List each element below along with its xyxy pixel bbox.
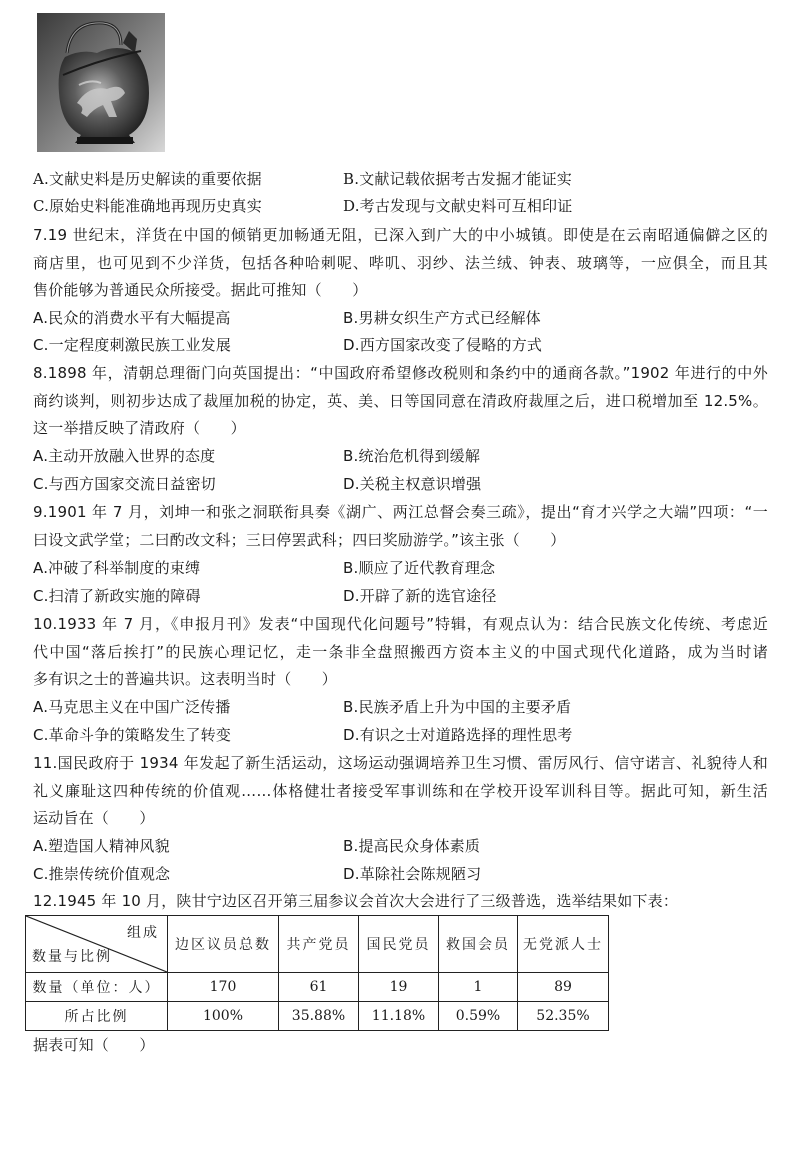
q11-option-a: A.塑造国人精神风貌 [33, 835, 170, 857]
q10-stem-line-1: 10.1933 年 7 月，《申报月刊》发表“中国现代化问题号”特辑，有观点认为… [33, 613, 768, 635]
q11-stem-line-1: 11.国民政府于 1934 年发起了新生活运动，这场运动强调培养卫生习惯、雷厉风… [33, 752, 768, 774]
q9-stem-line-2: 曰设文武学堂；二曰酌改文科；三曰停罢武科；四曰奖励游学。”该主张（ ） [33, 529, 565, 551]
q10-option-c: C.革命斗争的策略发生了转变 [33, 724, 231, 746]
column-header: 国民党员 [359, 916, 439, 973]
q10-option-d: D.有识之士对道路选择的理性思考 [343, 724, 573, 746]
election-results-table: 组成 数量与比例 边区议员总数 共产党员 国民党员 救国会员 无党派人士 数量（… [25, 915, 609, 1031]
q7-option-a: A.民众的消费水平有大幅提高 [33, 307, 231, 329]
q7-stem-line-2: 商店里，也可见到不少洋货，包括各种哈刺呢、哔叽、羽纱、法兰绒、钟表、玻璃等，一应… [33, 252, 768, 274]
q6-option-d: D.考古发现与文献史料可互相印证 [343, 195, 572, 217]
q10-stem-line-3: 多有识之士的普遍共识。这表明当时（ ） [33, 668, 337, 690]
corner-label-quantity-ratio: 数量与比例 [32, 946, 112, 966]
q9-stem-line-1: 9.1901 年 7 月，刘坤一和张之洞联衔具奏《湖广、两江总督会奏三疏》，提出… [33, 501, 768, 523]
artifact-photo [37, 13, 165, 152]
q8-stem-line-3: 这一举措反映了清政府（ ） [33, 417, 246, 439]
q8-option-d: D.关税主权意识增强 [343, 473, 481, 495]
q8-option-c: C.与西方国家交流日益密切 [33, 473, 216, 495]
q8-stem-line-2: 商约谈判，则初步达成了裁厘加税的协定，英、美、日等国同意在清政府裁厘之后，进口税… [33, 390, 768, 412]
table-cell: 170 [168, 973, 279, 1002]
table-cell: 100% [168, 1002, 279, 1031]
table-cell: 35.88% [279, 1002, 359, 1031]
table-row: 所占比例 100% 35.88% 11.18% 0.59% 52.35% [26, 1002, 609, 1031]
q11-stem-line-2: 礼义廉耻这四种传统的价值观……体格健壮者接受军事训练和在学校开设军训科目等。据此… [33, 780, 768, 802]
flask-image-icon [37, 13, 165, 152]
q6-option-c: C.原始史料能准确地再现历史真实 [33, 195, 262, 217]
q8-option-b: B.统治危机得到缓解 [343, 445, 480, 467]
q12-followup: 据表可知（ ） [33, 1034, 155, 1056]
column-header: 救国会员 [439, 916, 518, 973]
q7-stem-line-1: 7.19 世纪末，洋货在中国的倾销更加畅通无阻，已深入到广大的中小城镇。即使是在… [33, 224, 768, 246]
q11-stem-line-3: 运动旨在（ ） [33, 807, 155, 829]
q9-option-d: D.开辟了新的选官途径 [343, 585, 497, 607]
q7-stem-line-3: 售价能够为普通民众所接受。据此可推知（ ） [33, 279, 367, 301]
table-cell: 0.59% [439, 1002, 518, 1031]
q11-option-b: B.提高民众身体素质 [343, 835, 480, 857]
q9-option-a: A.冲破了科举制度的束缚 [33, 557, 200, 579]
exam-page: A.文献史料是历史解读的重要依据 B.文献记载依据考古发掘才能证实 C.原始史料… [0, 0, 800, 1149]
table-cell: 89 [518, 973, 609, 1002]
q9-option-c: C.扫清了新政实施的障碍 [33, 585, 201, 607]
q10-stem-line-2: 代中国“落后挨打”的民族心理记忆，走一条非全盘照搬西方资本主义的中国式现代化道路… [33, 641, 768, 663]
table-cell: 19 [359, 973, 439, 1002]
column-header: 无党派人士 [518, 916, 609, 973]
corner-label-composition: 组成 [127, 922, 159, 942]
column-header: 共产党员 [279, 916, 359, 973]
q7-option-b: B.男耕女织生产方式已经解体 [343, 307, 541, 329]
q6-option-a: A.文献史料是历史解读的重要依据 [33, 168, 262, 190]
table-cell: 11.18% [359, 1002, 439, 1031]
q11-option-c: C.推崇传统价值观念 [33, 863, 170, 885]
q7-option-c: C.一定程度刺激民族工业发展 [33, 334, 231, 356]
q8-option-a: A.主动开放融入世界的态度 [33, 445, 215, 467]
q10-option-b: B.民族矛盾上升为中国的主要矛盾 [343, 696, 571, 718]
table-corner-cell: 组成 数量与比例 [26, 916, 168, 973]
table-cell: 52.35% [518, 1002, 609, 1031]
q11-option-d: D.革除社会陈规陋习 [343, 863, 481, 885]
table-cell: 1 [439, 973, 518, 1002]
q6-option-b: B.文献记载依据考古发掘才能证实 [343, 168, 572, 190]
row-label: 数量（单位：人） [26, 973, 168, 1002]
q10-option-a: A.马克思主义在中国广泛传播 [33, 696, 231, 718]
column-header: 边区议员总数 [168, 916, 279, 973]
q7-option-d: D.西方国家改变了侵略的方式 [343, 334, 542, 356]
row-label: 所占比例 [26, 1002, 168, 1031]
q9-option-b: B.顺应了近代教育理念 [343, 557, 495, 579]
table-row: 数量（单位：人） 170 61 19 1 89 [26, 973, 609, 1002]
table-cell: 61 [279, 973, 359, 1002]
q12-stem: 12.1945 年 10 月，陕甘宁边区召开第三届参议会首次大会进行了三级普选，… [33, 890, 678, 912]
table-header-row: 组成 数量与比例 边区议员总数 共产党员 国民党员 救国会员 无党派人士 [26, 916, 609, 973]
q8-stem-line-1: 8.1898 年，清朝总理衙门向英国提出：“中国政府希望修改税则和条约中的通商各… [33, 362, 768, 384]
